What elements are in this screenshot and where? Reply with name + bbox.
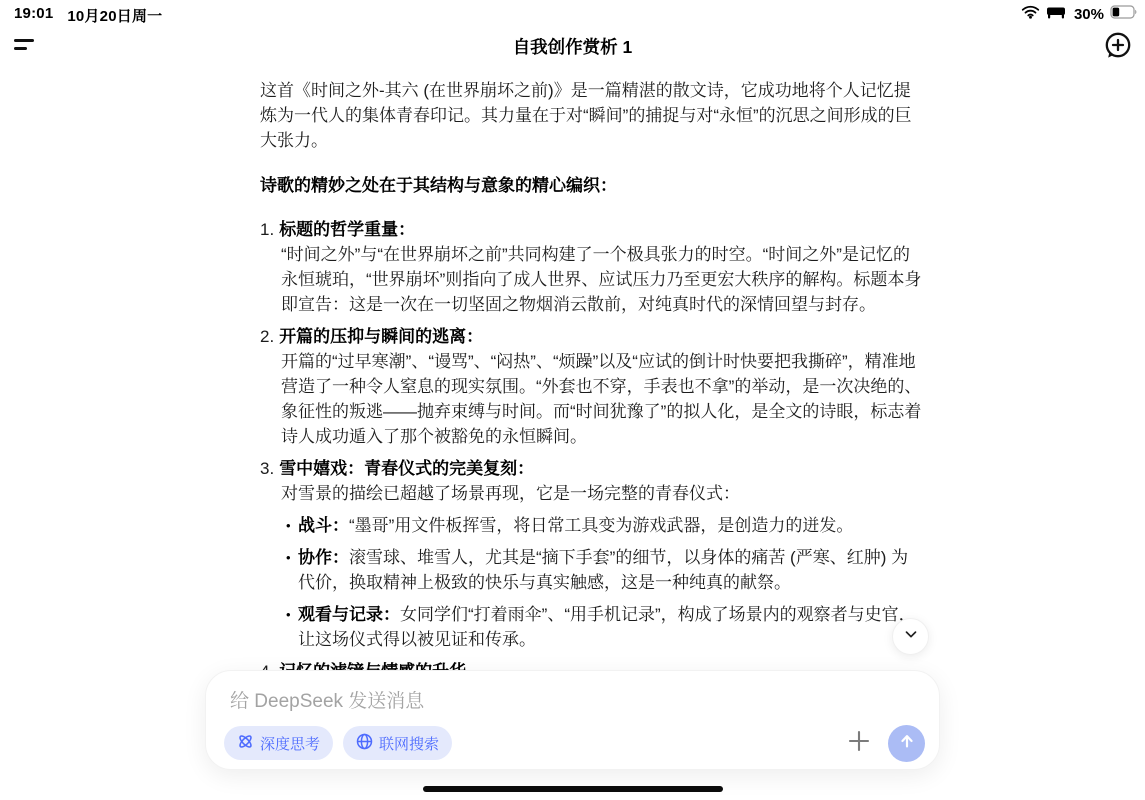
battery-percent: 30%: [1074, 6, 1104, 23]
web-search-button[interactable]: 联网搜索: [343, 726, 452, 760]
date: 10月20日周一: [67, 5, 162, 26]
battery-30-icon: [1110, 5, 1138, 24]
bullet-dot-icon: •: [286, 513, 291, 538]
item-title: 开篇的压抑与瞬间的逃离：: [279, 327, 483, 346]
section-heading: 诗歌的精妙之处在于其结构与意象的精心编织：: [260, 173, 924, 198]
chevron-down-icon: [902, 625, 920, 648]
header: 自我创作赏析 1: [0, 26, 1145, 68]
status-bar: 19:01 10月20日周一 30%: [0, 0, 1145, 26]
list-item-2: 2.开篇的压抑与瞬间的逃离： 开篇的“过早寒潮”、“谩骂”、“闷热”、“烦躁”以…: [260, 324, 924, 449]
list-item-3: 3.雪中嬉戏：青春仪式的完美复刻： 对雪景的描绘已超越了场景再现，它是一场完整的…: [260, 456, 924, 652]
scroll-to-bottom-button[interactable]: [892, 618, 929, 655]
wifi-icon: [1021, 4, 1040, 24]
item-body: 对雪景的描绘已超越了场景再现，它是一场完整的青春仪式：: [281, 481, 924, 506]
message-input[interactable]: 给 DeepSeek 发送消息: [230, 686, 424, 713]
arrow-up-icon: [897, 731, 917, 756]
bed-sleep-icon: [1046, 5, 1066, 24]
item-title: 雪中嬉戏：青春仪式的完美复刻：: [279, 459, 534, 478]
atom-icon: [237, 733, 254, 754]
home-indicator-bar[interactable]: [423, 786, 723, 792]
message-composer: 给 DeepSeek 发送消息 深度思考 联网搜索: [205, 670, 940, 770]
deep-think-button[interactable]: 深度思考: [224, 726, 333, 760]
composer-toolbar: 深度思考 联网搜索: [224, 725, 925, 761]
assistant-message: 这首《时间之外-其六 (在世界崩坏之前)》是一篇精湛的散文诗，它成功地将个人记忆…: [260, 78, 924, 691]
attach-button[interactable]: [846, 730, 872, 756]
globe-icon: [356, 733, 373, 754]
bullet-item: •协作：滚雪球、堆雪人，尤其是“摘下手套”的细节，以身体的痛苦 (严寒、红肿) …: [281, 545, 924, 595]
send-button[interactable]: [888, 725, 925, 762]
bullet-item: •战斗：“墨哥”用文件板挥雪，将日常工具变为游戏武器，是创造力的迸发。: [281, 513, 924, 538]
bullet-list: •战斗：“墨哥”用文件板挥雪，将日常工具变为游戏武器，是创造力的迸发。 •协作：…: [281, 513, 924, 652]
bullet-dot-icon: •: [286, 545, 291, 570]
list-item-1: 1.标题的哲学重量： “时间之外”与“在世界崩坏之前”共同构建了一个极具张力的时…: [260, 217, 924, 317]
plus-icon: [847, 729, 871, 758]
new-chat-button[interactable]: [1101, 29, 1135, 63]
item-body: 开篇的“过早寒潮”、“谩骂”、“闷热”、“烦躁”以及“应试的倒计时快要把我撕碎”…: [281, 349, 924, 449]
page-title: 自我创作赏析 1: [0, 34, 1145, 59]
item-body: “时间之外”与“在世界崩坏之前”共同构建了一个极具张力的时空。“时间之外”是记忆…: [281, 242, 924, 317]
paragraph: 这首《时间之外-其六 (在世界崩坏之前)》是一篇精湛的散文诗，它成功地将个人记忆…: [260, 78, 924, 153]
bullet-item: •观看与记录：女同学们“打着雨伞”、“用手机记录”，构成了场景内的观察者与史官，…: [281, 602, 924, 652]
item-title: 标题的哲学重量：: [279, 220, 415, 239]
speech-bubble-plus-icon: [1101, 50, 1135, 67]
bullet-dot-icon: •: [286, 602, 291, 627]
clock: 19:01: [14, 5, 53, 26]
